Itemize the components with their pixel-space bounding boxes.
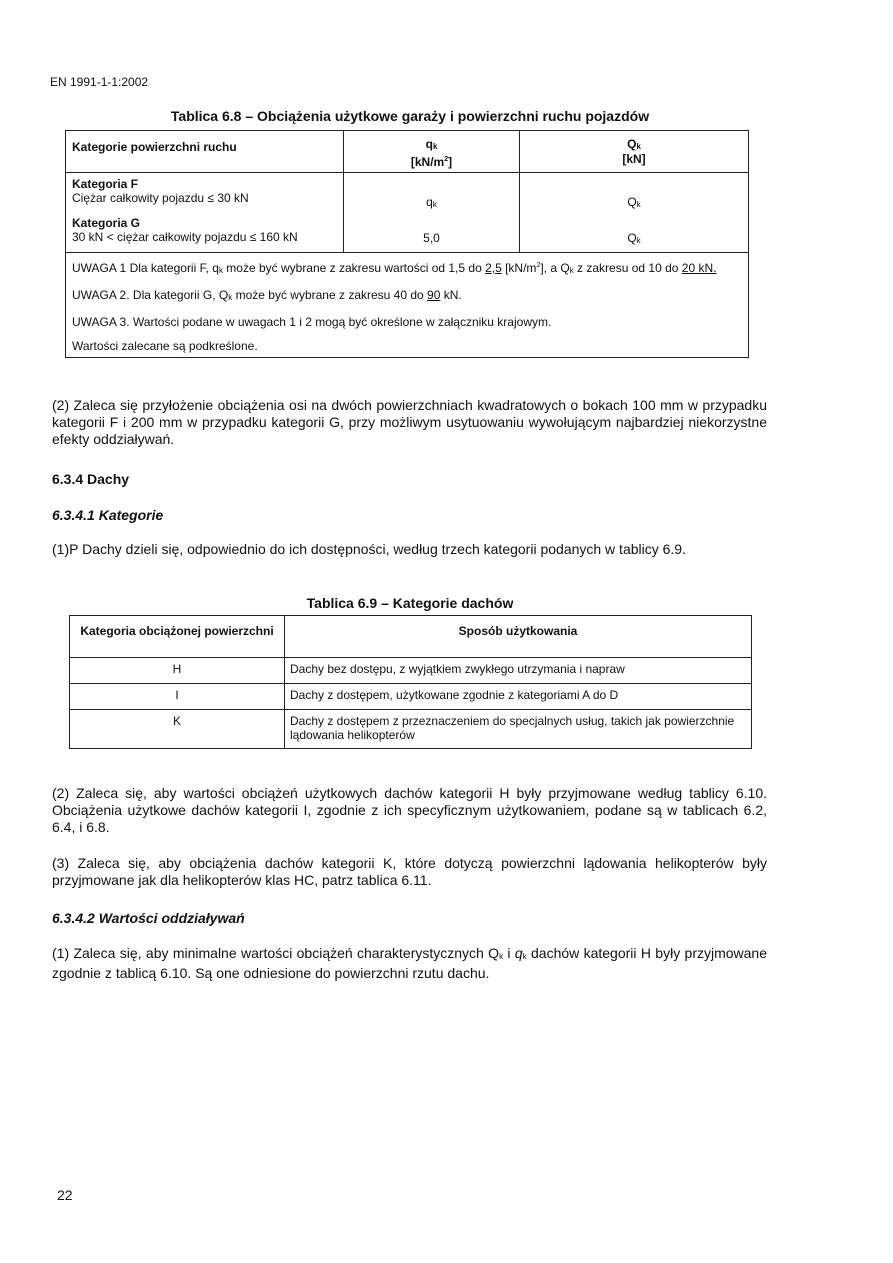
table-notes: UWAGA 1 Dla kategorii F, qk może być wyb… xyxy=(66,253,748,357)
column-header-category: Kategoria obciążonej powierzchni xyxy=(70,616,285,657)
category-description: 30 kN < ciężar całkowity pojazdu ≤ 160 k… xyxy=(72,230,337,244)
table-6-8: Kategorie powierzchni ruchu qk [kN/m2] Q… xyxy=(65,130,749,358)
note-2: UWAGA 2. Dla kategorii G, Qk może być wy… xyxy=(72,288,742,305)
table-header-row: Kategorie powierzchni ruchu qk [kN/m2] Q… xyxy=(66,131,748,173)
section-heading-6-3-4-2: 6.3.4.2 Wartości oddziaływań xyxy=(52,910,245,926)
section-heading-6-3-4-1: 6.3.4.1 Kategorie xyxy=(52,507,163,523)
document-standard-id: EN 1991-1-1:2002 xyxy=(50,75,148,89)
column-header-category: Kategorie powierzchni ruchu xyxy=(66,131,344,172)
table-row: H Dachy bez dostępu, z wyjątkiem zwykłeg… xyxy=(70,658,751,684)
table-row: K Dachy z dostępem z przeznaczeniem do s… xyxy=(70,710,751,748)
category-label: Kategoria F xyxy=(72,177,337,191)
note-1: UWAGA 1 Dla kategorii F, qk może być wyb… xyxy=(72,259,742,278)
table-header-row: Kategoria obciążonej powierzchni Sposób … xyxy=(70,616,751,658)
Qk-cell: Qk xyxy=(520,173,748,212)
paragraph-axle-load: (2) Zaleca się przyłożenie obciążenia os… xyxy=(52,397,767,448)
table-row: Kategoria G 30 kN < ciężar całkowity poj… xyxy=(66,212,748,253)
page-number: 22 xyxy=(57,1187,73,1203)
section-heading-6-3-4: 6.3.4 Dachy xyxy=(52,471,129,487)
paragraph-min-values: (1) Zaleca się, aby minimalne wartości o… xyxy=(52,945,767,982)
table-6-9-caption: Tablica 6.9 – Kategorie dachów xyxy=(60,595,760,611)
table-row: I Dachy z dostępem, użytkowane zgodnie z… xyxy=(70,684,751,710)
paragraph-roof-loads-k: (3) Zaleca się, aby obciążenia dachów ka… xyxy=(52,855,767,889)
paragraph-roof-categories: (1)P Dachy dzieli się, odpowiednio do ic… xyxy=(52,541,767,558)
column-header-Qk: Qk [kN] xyxy=(520,131,748,172)
category-label: Kategoria G xyxy=(72,216,337,230)
Qk-cell: Qk xyxy=(520,212,748,252)
table-row: Kategoria F Ciężar całkowity pojazdu ≤ 3… xyxy=(66,173,748,212)
table-6-8-caption: Tablica 6.8 – Obciążenia użytkowe garaży… xyxy=(60,108,760,124)
qk-cell: 5,0 xyxy=(344,212,520,252)
category-description: Ciężar całkowity pojazdu ≤ 30 kN xyxy=(72,191,337,205)
column-header-usage: Sposób użytkowania xyxy=(285,616,751,657)
qk-cell: qk xyxy=(344,173,520,212)
note-3: UWAGA 3. Wartości podane w uwagach 1 i 2… xyxy=(72,315,742,329)
paragraph-roof-loads-h: (2) Zaleca się, aby wartości obciążeń uż… xyxy=(52,785,767,836)
column-header-qk: qk [kN/m2] xyxy=(344,131,520,172)
note-4: Wartości zalecane są podkreślone. xyxy=(72,339,742,353)
table-6-9: Kategoria obciążonej powierzchni Sposób … xyxy=(69,615,752,749)
